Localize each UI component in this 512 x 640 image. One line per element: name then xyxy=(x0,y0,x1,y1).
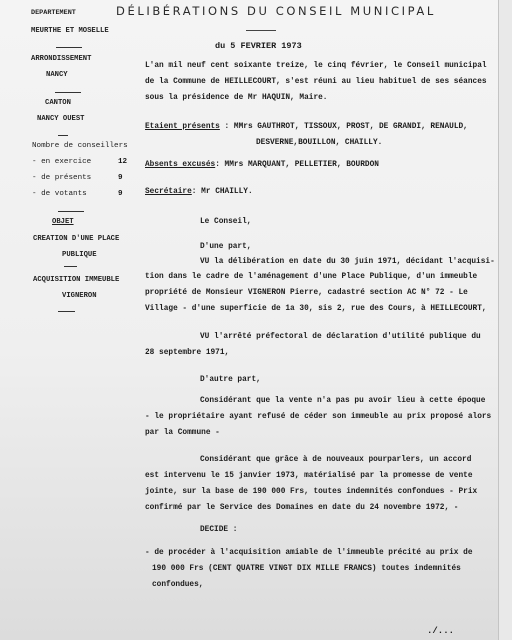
objet-line-1: CREATION D'UNE PLACE xyxy=(33,235,119,243)
arrondissement-label: ARRONDISSEMENT xyxy=(31,55,91,63)
intro-line: de la Commune de HEILLECOURT, s'est réun… xyxy=(145,78,487,86)
count-label-presents: - de présents xyxy=(32,174,91,182)
divider xyxy=(56,47,82,48)
decision-line: 190 000 Frs (CENT QUATRE VINGT DIX MILLE… xyxy=(152,565,461,573)
secretaire-label: Secrétaire xyxy=(145,188,192,196)
d-une-part: D'une part, xyxy=(200,243,251,251)
considerant1-line: - le propriétaire ayant refusé de céder … xyxy=(145,413,491,421)
departement-label: DEPARTEMENT xyxy=(31,9,76,17)
considerant2-line: jointe, sur la base de 190 000 Frs, tout… xyxy=(145,488,477,496)
intro-line: sous la présidence de Mr HAQUIN, Maire. xyxy=(145,94,327,102)
le-conseil: Le Conseil, xyxy=(200,218,251,226)
objet-label: OBJET xyxy=(52,218,74,226)
decision-line: - de procéder à l'acquisition amiable de… xyxy=(145,549,473,557)
arrondissement-value: NANCY xyxy=(46,71,68,79)
document-title: DÉLIBÉRATIONS DU CONSEIL MUNICIPAL xyxy=(116,4,436,18)
title-divider xyxy=(246,30,276,31)
count-label-exercice: - en exercice xyxy=(32,158,91,166)
divider xyxy=(55,92,81,93)
absents-line: Absents excusés: MMrs MARQUANT, PELLETIE… xyxy=(145,161,379,169)
canton-value: NANCY OUEST xyxy=(37,115,84,123)
count-label-votants: - de votants xyxy=(32,190,87,198)
objet2-line-2: VIGNERON xyxy=(62,292,97,300)
decision-line: confondues, xyxy=(152,581,203,589)
count-value-exercice: 12 xyxy=(118,158,127,166)
decide-heading: DECIDE : xyxy=(200,526,237,534)
continued-marker: ./... xyxy=(427,626,454,636)
considerant1-line: Considérant que la vente n'a pas pu avoi… xyxy=(200,397,485,405)
departement-value: MEURTHE ET MOSELLE xyxy=(31,27,109,35)
objet-line-2: PUBLIQUE xyxy=(62,251,97,259)
divider xyxy=(58,135,68,136)
d-autre-part: D'autre part, xyxy=(200,376,261,384)
absents-label: Absents excusés xyxy=(145,161,215,169)
vu2-line: VU l'arrêté préfectoral de déclaration d… xyxy=(200,333,481,341)
divider xyxy=(58,211,84,212)
presents-names-cont: DESVERNE,BOUILLON, CHAILLY. xyxy=(256,139,382,147)
presents-label: Etaient présents xyxy=(145,123,220,131)
count-value-votants: 9 xyxy=(118,190,123,198)
intro-line: L'an mil neuf cent soixante treize, le c… xyxy=(145,62,487,70)
divider xyxy=(64,266,77,267)
vu2-line: 28 septembre 1971, xyxy=(145,349,229,357)
page-edge xyxy=(498,0,512,640)
divider xyxy=(58,311,75,312)
conseillers-label: Nombre de conseillers xyxy=(32,142,128,150)
objet2-line-1: ACQUISITION IMMEUBLE xyxy=(33,276,119,284)
secretaire-name: : Mr CHAILLY. xyxy=(192,188,253,196)
considerant1-line: par la Commune - xyxy=(145,429,220,437)
vu1-line: VU la délibération en date du 30 juin 19… xyxy=(200,258,495,266)
meeting-date: du 5 FEVRIER 1973 xyxy=(215,41,302,51)
canton-label: CANTON xyxy=(45,99,71,107)
count-value-presents: 9 xyxy=(118,174,123,182)
vu1-line: propriété de Monsieur VIGNERON Pierre, c… xyxy=(145,289,468,297)
presents-line: Etaient présents : MMrs GAUTHROT, TISSOU… xyxy=(145,123,468,131)
presents-names: : MMrs GAUTHROT, TISSOUX, PROST, DE GRAN… xyxy=(220,123,468,131)
vu1-line: tion dans le cadre de l'aménagement d'un… xyxy=(145,273,477,281)
considerant2-line: confirmé par le Service des Domaines en … xyxy=(145,504,459,512)
vu1-line: Village - d'une superficie de 1a 30, sis… xyxy=(145,305,487,313)
considerant2-line: est intervenu le 15 janvier 1973, matéri… xyxy=(145,472,473,480)
considerant2-line: Considérant que grâce à de nouveaux pour… xyxy=(200,456,471,464)
absents-names: : MMrs MARQUANT, PELLETIER, BOURDON xyxy=(215,161,379,169)
secretaire-line: Secrétaire: Mr CHAILLY. xyxy=(145,188,253,196)
